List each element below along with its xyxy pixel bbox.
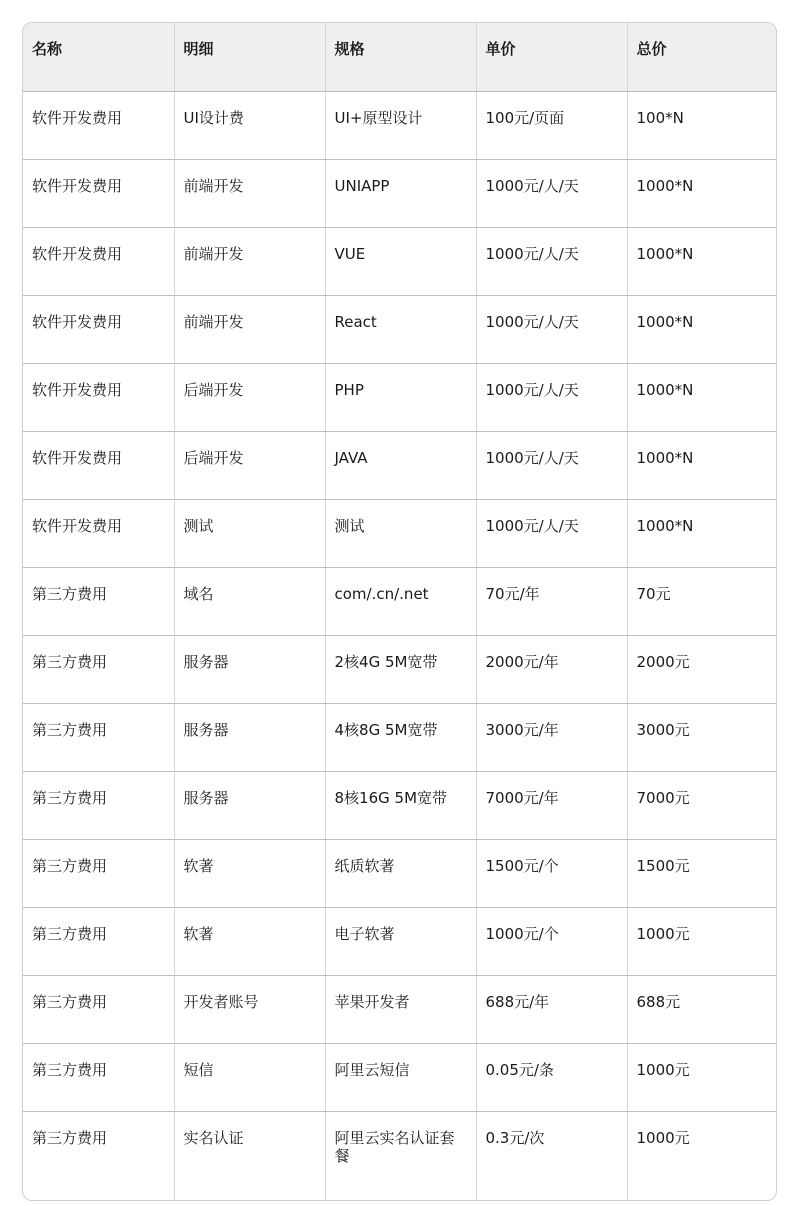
header-detail: 明细 xyxy=(174,23,325,91)
table-row: 软件开发费用后端开发JAVA1000元/人/天1000*N xyxy=(23,431,776,499)
cell-unit-price: 0.3元/次 xyxy=(476,1111,627,1201)
cell-name: 第三方费用 xyxy=(23,635,174,703)
table-row: 第三方费用开发者账号苹果开发者688元/年688元 xyxy=(23,975,776,1043)
price-table-container: 名称 明细 规格 单价 总价 软件开发费用UI设计费UI+原型设计100元/页面… xyxy=(22,22,777,1201)
header-name: 名称 xyxy=(23,23,174,91)
cell-spec: 苹果开发者 xyxy=(325,975,476,1043)
cell-total-price: 1000*N xyxy=(627,227,776,295)
cell-detail: 服务器 xyxy=(174,703,325,771)
table-row: 软件开发费用UI设计费UI+原型设计100元/页面100*N xyxy=(23,91,776,159)
cell-total-price: 70元 xyxy=(627,567,776,635)
cell-spec: JAVA xyxy=(325,431,476,499)
header-row: 名称 明细 规格 单价 总价 xyxy=(23,23,776,91)
table-body: 软件开发费用UI设计费UI+原型设计100元/页面100*N软件开发费用前端开发… xyxy=(23,91,776,1201)
table-row: 第三方费用短信阿里云短信0.05元/条1000元 xyxy=(23,1043,776,1111)
cell-spec: com/.cn/.net xyxy=(325,567,476,635)
cell-name: 软件开发费用 xyxy=(23,91,174,159)
cell-detail: 测试 xyxy=(174,499,325,567)
cell-spec: PHP xyxy=(325,363,476,431)
cell-detail: 短信 xyxy=(174,1043,325,1111)
table-row: 第三方费用服务器2核4G 5M宽带2000元/年2000元 xyxy=(23,635,776,703)
cell-spec: UI+原型设计 xyxy=(325,91,476,159)
cell-unit-price: 1000元/人/天 xyxy=(476,295,627,363)
cell-detail: 开发者账号 xyxy=(174,975,325,1043)
cell-detail: 软著 xyxy=(174,907,325,975)
cell-total-price: 1000*N xyxy=(627,159,776,227)
cell-spec: 电子软著 xyxy=(325,907,476,975)
cell-spec: 阿里云实名认证套餐 xyxy=(325,1111,476,1201)
cell-spec: 纸质软著 xyxy=(325,839,476,907)
cell-detail: 前端开发 xyxy=(174,295,325,363)
cell-total-price: 1000元 xyxy=(627,1043,776,1111)
cell-detail: 软著 xyxy=(174,839,325,907)
cell-spec: React xyxy=(325,295,476,363)
price-table: 名称 明细 规格 单价 总价 软件开发费用UI设计费UI+原型设计100元/页面… xyxy=(23,23,776,1201)
cell-name: 第三方费用 xyxy=(23,1043,174,1111)
cell-name: 软件开发费用 xyxy=(23,227,174,295)
cell-spec: VUE xyxy=(325,227,476,295)
cell-total-price: 1000元 xyxy=(627,1111,776,1201)
cell-spec: 测试 xyxy=(325,499,476,567)
table-row: 第三方费用服务器4核8G 5M宽带3000元/年3000元 xyxy=(23,703,776,771)
cell-unit-price: 70元/年 xyxy=(476,567,627,635)
cell-name: 软件开发费用 xyxy=(23,363,174,431)
cell-total-price: 100*N xyxy=(627,91,776,159)
table-row: 第三方费用服务器8核16G 5M宽带7000元/年7000元 xyxy=(23,771,776,839)
cell-name: 第三方费用 xyxy=(23,771,174,839)
cell-unit-price: 100元/页面 xyxy=(476,91,627,159)
cell-unit-price: 1500元/个 xyxy=(476,839,627,907)
cell-total-price: 2000元 xyxy=(627,635,776,703)
cell-name: 第三方费用 xyxy=(23,839,174,907)
cell-spec: 阿里云短信 xyxy=(325,1043,476,1111)
cell-detail: UI设计费 xyxy=(174,91,325,159)
cell-total-price: 1500元 xyxy=(627,839,776,907)
table-row: 软件开发费用测试测试1000元/人/天1000*N xyxy=(23,499,776,567)
cell-total-price: 3000元 xyxy=(627,703,776,771)
cell-detail: 域名 xyxy=(174,567,325,635)
cell-total-price: 1000元 xyxy=(627,907,776,975)
cell-unit-price: 2000元/年 xyxy=(476,635,627,703)
cell-total-price: 7000元 xyxy=(627,771,776,839)
table-row: 第三方费用软著电子软著1000元/个1000元 xyxy=(23,907,776,975)
table-header: 名称 明细 规格 单价 总价 xyxy=(23,23,776,91)
cell-name: 第三方费用 xyxy=(23,703,174,771)
cell-unit-price: 1000元/人/天 xyxy=(476,499,627,567)
cell-name: 软件开发费用 xyxy=(23,159,174,227)
cell-total-price: 688元 xyxy=(627,975,776,1043)
cell-name: 软件开发费用 xyxy=(23,295,174,363)
cell-name: 第三方费用 xyxy=(23,907,174,975)
cell-total-price: 1000*N xyxy=(627,499,776,567)
header-unit-price: 单价 xyxy=(476,23,627,91)
cell-name: 软件开发费用 xyxy=(23,499,174,567)
table-row: 软件开发费用前端开发VUE1000元/人/天1000*N xyxy=(23,227,776,295)
cell-spec: 8核16G 5M宽带 xyxy=(325,771,476,839)
cell-unit-price: 1000元/个 xyxy=(476,907,627,975)
cell-name: 第三方费用 xyxy=(23,567,174,635)
cell-unit-price: 1000元/人/天 xyxy=(476,363,627,431)
cell-total-price: 1000*N xyxy=(627,431,776,499)
cell-unit-price: 688元/年 xyxy=(476,975,627,1043)
table-row: 软件开发费用前端开发UNIAPP1000元/人/天1000*N xyxy=(23,159,776,227)
cell-detail: 实名认证 xyxy=(174,1111,325,1201)
header-total-price: 总价 xyxy=(627,23,776,91)
cell-unit-price: 1000元/人/天 xyxy=(476,431,627,499)
cell-unit-price: 3000元/年 xyxy=(476,703,627,771)
table-row: 第三方费用实名认证阿里云实名认证套餐0.3元/次1000元 xyxy=(23,1111,776,1201)
cell-spec: 4核8G 5M宽带 xyxy=(325,703,476,771)
cell-detail: 前端开发 xyxy=(174,159,325,227)
cell-spec: 2核4G 5M宽带 xyxy=(325,635,476,703)
cell-spec: UNIAPP xyxy=(325,159,476,227)
cell-detail: 前端开发 xyxy=(174,227,325,295)
cell-name: 第三方费用 xyxy=(23,1111,174,1201)
cell-unit-price: 7000元/年 xyxy=(476,771,627,839)
cell-total-price: 1000*N xyxy=(627,295,776,363)
cell-unit-price: 1000元/人/天 xyxy=(476,159,627,227)
cell-unit-price: 0.05元/条 xyxy=(476,1043,627,1111)
table-row: 软件开发费用前端开发React1000元/人/天1000*N xyxy=(23,295,776,363)
table-row: 软件开发费用后端开发PHP1000元/人/天1000*N xyxy=(23,363,776,431)
cell-name: 第三方费用 xyxy=(23,975,174,1043)
cell-detail: 后端开发 xyxy=(174,363,325,431)
header-spec: 规格 xyxy=(325,23,476,91)
cell-detail: 后端开发 xyxy=(174,431,325,499)
table-row: 第三方费用软著纸质软著1500元/个1500元 xyxy=(23,839,776,907)
cell-name: 软件开发费用 xyxy=(23,431,174,499)
cell-detail: 服务器 xyxy=(174,635,325,703)
table-row: 第三方费用域名com/.cn/.net70元/年70元 xyxy=(23,567,776,635)
cell-unit-price: 1000元/人/天 xyxy=(476,227,627,295)
cell-detail: 服务器 xyxy=(174,771,325,839)
cell-total-price: 1000*N xyxy=(627,363,776,431)
